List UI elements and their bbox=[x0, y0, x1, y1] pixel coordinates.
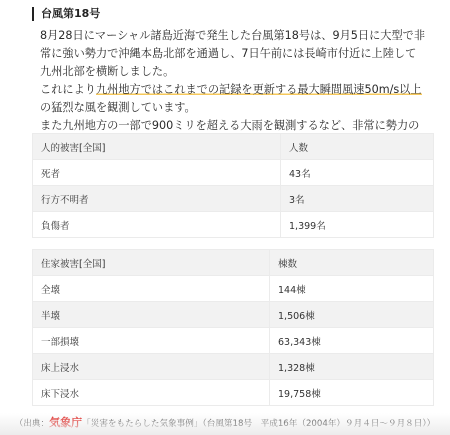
row-value: 43名 bbox=[281, 160, 434, 186]
section-title: 台風第18号 bbox=[32, 7, 100, 21]
row-label: 死者 bbox=[33, 160, 281, 186]
table-row: 死者 43名 bbox=[33, 160, 434, 186]
source-prefix: （出典： bbox=[15, 419, 49, 429]
row-label: 負傷者 bbox=[33, 212, 281, 238]
house-damage-table: 住家被害[全国] 棟数 全壊 144棟 半壊 1,506棟 一部損壊 63,34… bbox=[32, 249, 434, 406]
row-label: 行方不明者 bbox=[33, 186, 281, 212]
table-row: 行方不明者 3名 bbox=[33, 186, 434, 212]
paragraph-1: 8月28日にマーシャル諸島近海で発生した台風第18号は、9月5日に大型で非常に強… bbox=[40, 27, 426, 81]
row-value: 19,758棟 bbox=[270, 380, 434, 406]
header-cell-count: 棟数 bbox=[270, 250, 434, 276]
row-value: 63,343棟 bbox=[270, 328, 434, 354]
row-value: 1,399名 bbox=[281, 212, 434, 238]
table-header-row: 住家被害[全国] 棟数 bbox=[33, 250, 434, 276]
row-value: 144棟 bbox=[270, 276, 434, 302]
source-agency-link[interactable]: 気象庁 bbox=[49, 416, 82, 429]
paragraph-2-text-after: の猛烈な風を観測しています。 bbox=[40, 101, 196, 114]
row-value: 1,328棟 bbox=[270, 354, 434, 380]
row-label: 半壊 bbox=[33, 302, 270, 328]
human-damage-table: 人的被害[全国] 人数 死者 43名 行方不明者 3名 負傷者 1,399名 bbox=[32, 133, 434, 238]
table-row: 床上浸水 1,328棟 bbox=[33, 354, 434, 380]
row-label: 床下浸水 bbox=[33, 380, 270, 406]
highlighted-text: 九州地方ではこれまでの記録を更新する最大瞬間風速50m/s以上 bbox=[96, 83, 422, 96]
table-row: 負傷者 1,399名 bbox=[33, 212, 434, 238]
header-cell-category: 人的被害[全国] bbox=[33, 134, 281, 160]
table-row: 一部損壊 63,343棟 bbox=[33, 328, 434, 354]
source-text: 「災害をもたらした気象事例」（台風第18号 平成16年（2004年）９月４日～９… bbox=[82, 419, 435, 429]
paragraph-1-text: 8月28日にマーシャル諸島近海で発生した台風第18号は、9月5日に大型で非常に強… bbox=[40, 29, 425, 78]
paragraph-2-text-before: これにより bbox=[40, 83, 96, 96]
table-row: 半壊 1,506棟 bbox=[33, 302, 434, 328]
table-row: 床下浸水 19,758棟 bbox=[33, 380, 434, 406]
row-label: 床上浸水 bbox=[33, 354, 270, 380]
table-row: 全壊 144棟 bbox=[33, 276, 434, 302]
row-label: 一部損壊 bbox=[33, 328, 270, 354]
paragraph-2: これにより九州地方ではこれまでの記録を更新する最大瞬間風速50m/s以上の猛烈な… bbox=[40, 81, 426, 117]
header-cell-category: 住家被害[全国] bbox=[33, 250, 270, 276]
row-value: 3名 bbox=[281, 186, 434, 212]
row-label: 全壊 bbox=[33, 276, 270, 302]
table-header-row: 人的被害[全国] 人数 bbox=[33, 134, 434, 160]
source-citation: （出典：気象庁「災害をもたらした気象事例」（台風第18号 平成16年（2004年… bbox=[0, 416, 450, 431]
header-cell-count: 人数 bbox=[281, 134, 434, 160]
row-value: 1,506棟 bbox=[270, 302, 434, 328]
